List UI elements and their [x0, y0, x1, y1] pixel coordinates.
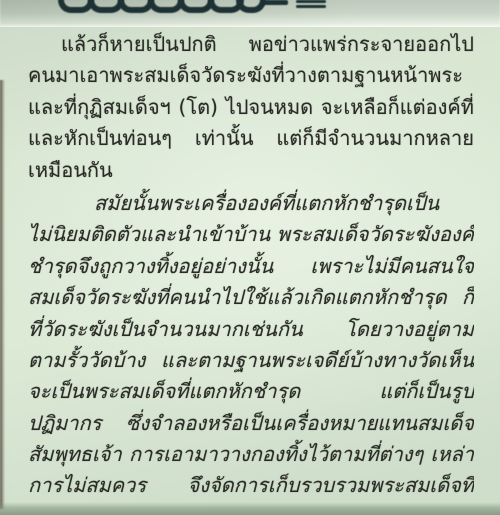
text-line: คนมาเอาพระสมเด็จวัดระฆังที่วางตามฐานหน้า…	[28, 60, 474, 91]
page-top-edge	[0, 0, 500, 27]
text-line: ไม่นิยมติดตัวและนำเข้าบ้าน พระสมเด็จวัดร…	[28, 219, 474, 250]
text-line: และหักเป็นท่อนๆ เท่านั้น แต่ก็มีจำนวนมาก…	[28, 123, 474, 154]
text-line: สมัยนั้นพระเครื่ององค์ที่แตกหักชำรุดเป็น…	[28, 188, 474, 219]
page-text: แล้วก็หายเป็นปกติ พอข่าวแพร่กระจายออกไปเ…	[28, 29, 474, 502]
text-line: สัมพุทธเจ้า การเอามาวางกองทิ้งไว้ตามที่ต…	[28, 439, 474, 470]
text-line: ปฏิมากร ซึ่งจำลองหรือเป็นเครื่องหมายแทนส…	[28, 408, 474, 439]
text-line: ตามรั้ววัดบ้าง และตามฐานพระเจดีย์บ้างทาง…	[28, 345, 474, 376]
text-line: จะเป็นพระสมเด็จที่แตกหักชำรุด แต่ก็เป็นร…	[28, 376, 474, 407]
text-line: เหมือนกัน	[28, 155, 474, 186]
text-line: และที่กุฏิสมเด็จฯ (โต) ไปจนหมด จะเหลือก็…	[28, 92, 474, 123]
text-line: การไม่สมควร จึงจัดการเก็บรวบรวมพระสมเด็จ…	[28, 470, 474, 501]
page-bottom-edge	[0, 502, 500, 515]
text-line: ที่วัดระฆังเป็นจำนวนมากเช่นกัน โดยวางอยู…	[28, 314, 474, 345]
paragraph: สมัยนั้นพระเครื่ององค์ที่แตกหักชำรุดเป็น…	[28, 188, 474, 502]
paragraph: แล้วก็หายเป็นปกติ พอข่าวแพร่กระจายออกไปเ…	[28, 29, 474, 186]
cropped-letter-shape	[296, 5, 326, 8]
cropped-letter-shape	[262, 0, 288, 5]
text-line: สมเด็จวัดระฆังที่คนนำไปใช้แล้วเกิดแตกหัก…	[28, 282, 474, 313]
book-page-photo: แล้วก็หายเป็นปกติ พอข่าวแพร่กระจายออกไปเ…	[0, 0, 500, 515]
text-line: ชำรุดจึงถูกวางทิ้งอยู่อย่างนั้น เพราะไม่…	[28, 251, 474, 282]
cropped-letter-shape	[296, 0, 326, 3]
page-left-edge-shadow	[0, 80, 5, 509]
text-line: แล้วก็หายเป็นปกติ พอข่าวแพร่กระจายออกไปเ…	[28, 29, 474, 60]
